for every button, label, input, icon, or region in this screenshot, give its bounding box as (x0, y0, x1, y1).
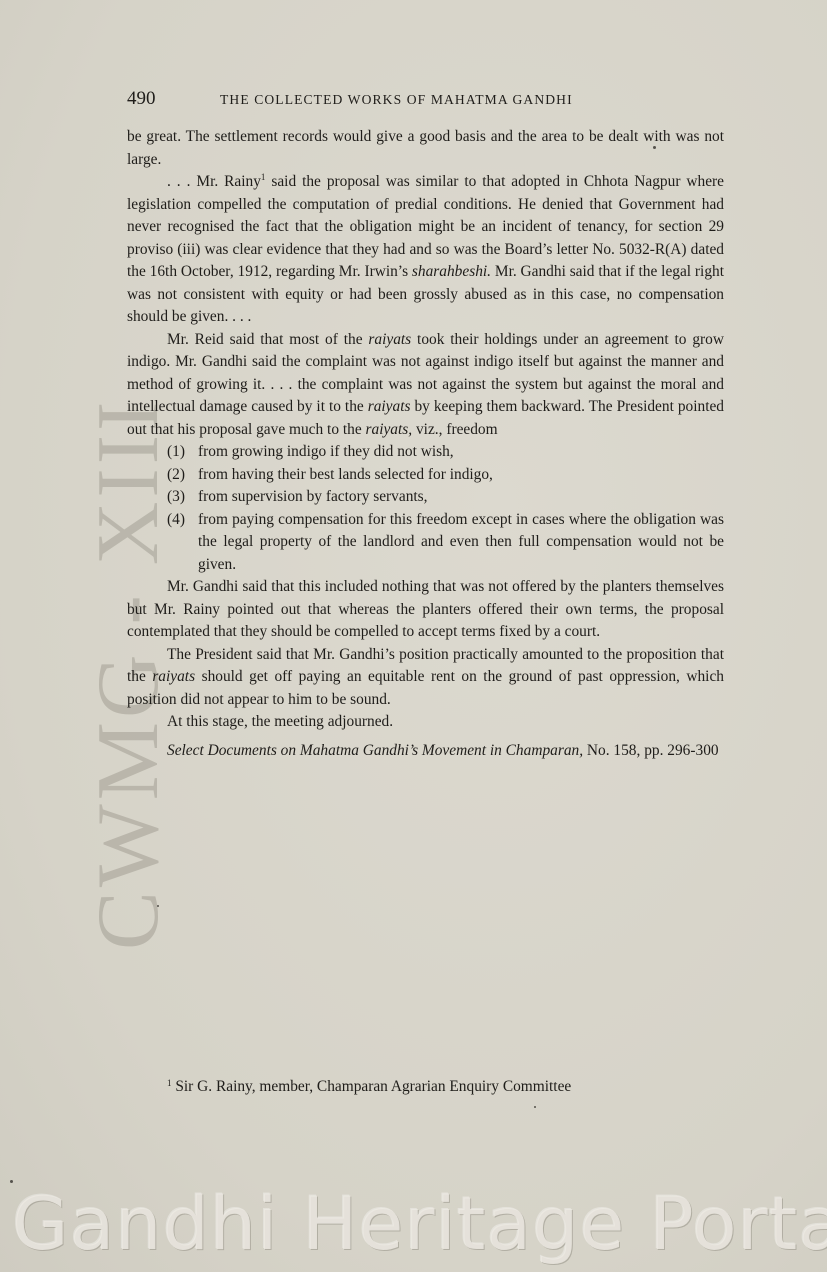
portal-watermark: Gandhi Heritage Portal (12, 1182, 827, 1267)
footnote: 1 Sir G. Rainy, member, Champaran Agrari… (167, 1078, 571, 1096)
list-number: (4) (167, 509, 198, 532)
list-item: (1)from growing indigo if they did not w… (127, 441, 724, 464)
list-number: (3) (167, 486, 198, 509)
text-run: Mr. Reid said that most of the (167, 331, 368, 348)
ink-speck (157, 905, 159, 907)
paragraph-2: . . . Mr. Rainy1 said the proposal was s… (127, 171, 724, 329)
paragraph-4: Mr. Gandhi said that this included nothi… (127, 576, 724, 644)
running-title: THE COLLECTED WORKS OF MAHATMA GANDHI (220, 92, 573, 108)
list-item: (4)from paying compensation for this fre… (127, 509, 724, 577)
italic-term: raiyats (368, 398, 411, 415)
list-text: from supervision by factory servants, (198, 488, 428, 505)
freedom-list: (1)from growing indigo if they did not w… (127, 441, 724, 576)
footnote-text: Sir G. Rainy, member, Champaran Agrarian… (172, 1078, 572, 1095)
page-header: 490 THE COLLECTED WORKS OF MAHATMA GANDH… (127, 88, 727, 114)
source-pages: No. 158, pp. 296-300 (583, 742, 719, 759)
text-run: . . . Mr. Rainy (167, 173, 261, 190)
list-number: (1) (167, 441, 198, 464)
list-item: (2)from having their best lands selected… (127, 464, 724, 487)
body-text: be great. The settlement records would g… (127, 126, 724, 762)
source-title: Select Documents on Mahatma Gandhi’s Mov… (167, 742, 583, 759)
list-item: (3)from supervision by factory servants, (127, 486, 724, 509)
list-text: from having their best lands selected fo… (198, 466, 493, 483)
paragraph-6: At this stage, the meeting adjourned. (127, 711, 724, 734)
italic-term: raiyats (152, 668, 195, 685)
page-number: 490 (127, 88, 156, 110)
list-text: from growing indigo if they did not wish… (198, 443, 454, 460)
paragraph-5: The President said that Mr. Gandhi’s pos… (127, 644, 724, 712)
text-run: viz., freedom (412, 421, 497, 438)
paragraph-1: be great. The settlement records would g… (127, 126, 724, 171)
italic-term: raiyats (368, 331, 411, 348)
document-page: CWMG - XIII 490 THE COLLECTED WORKS OF M… (0, 0, 827, 1272)
source-citation: Select Documents on Mahatma Gandhi’s Mov… (127, 740, 724, 763)
list-number: (2) (167, 464, 198, 487)
text-run: should get off paying an equitable rent … (127, 668, 724, 708)
list-text: from paying compensation for this freedo… (198, 511, 724, 573)
ink-speck (653, 146, 656, 149)
paragraph-3: Mr. Reid said that most of the raiyats t… (127, 329, 724, 442)
italic-term: raiyats, (366, 421, 413, 438)
italic-term: sharahbeshi. (412, 263, 491, 280)
ink-speck (534, 1106, 536, 1108)
